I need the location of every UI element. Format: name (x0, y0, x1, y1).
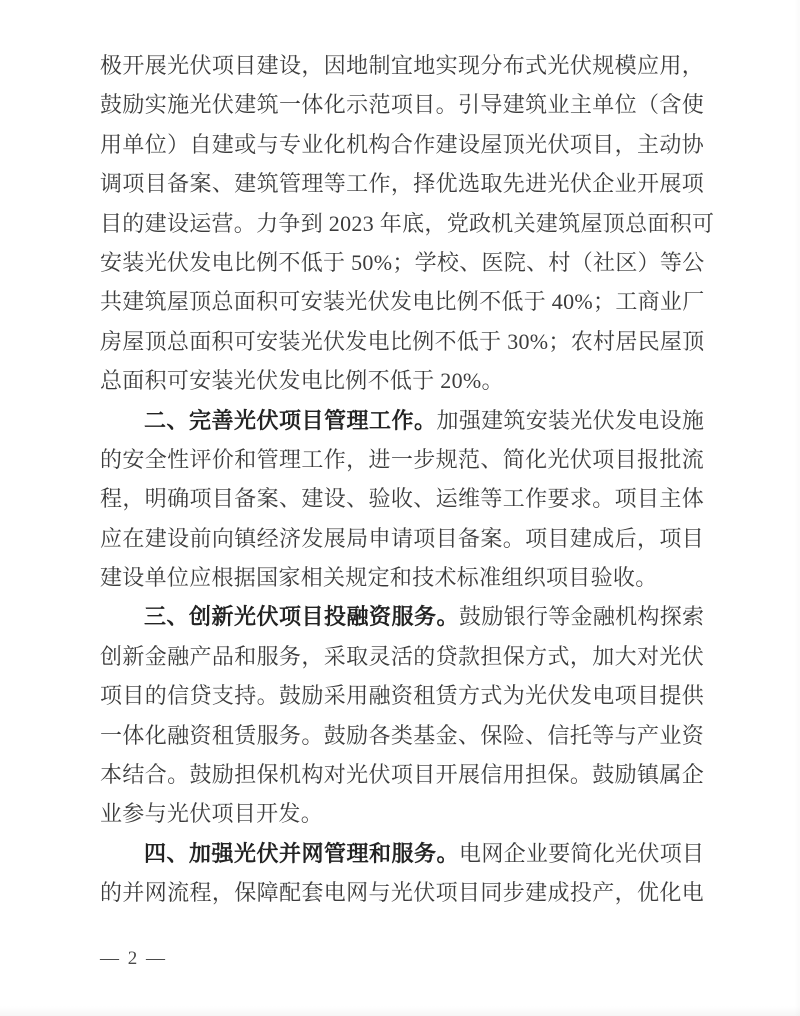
text-line: 鼓励实施光伏建筑一体化示范项目。引导建筑业主单位（含使 (100, 85, 704, 124)
body-text: 业参与光伏项目开发。 (100, 801, 323, 826)
text-line: 建设单位应根据国家相关规定和技术标准组织项目验收。 (100, 558, 704, 597)
text-line: 目的建设运营。力争到 2023 年底，党政机关建筑屋顶总面积可 (100, 204, 704, 243)
body-text: 极开展光伏项目建设，因地制宜地实现分布式光伏规模应用， (100, 53, 704, 78)
document-body: 极开展光伏项目建设，因地制宜地实现分布式光伏规模应用，鼓励实施光伏建筑一体化示范… (100, 46, 704, 913)
text-line: 调项目备案、建筑管理等工作，择优选取先进光伏企业开展项 (100, 164, 704, 203)
body-text: 创新金融产品和服务，采取灵活的贷款担保方式，加大对光伏 (100, 644, 704, 669)
body-text: 房屋顶总面积可安装光伏发电比例不低于 30%；农村居民屋顶 (100, 329, 705, 354)
section-heading: 四、加强光伏并网管理和服务。 (144, 841, 459, 866)
body-text: 鼓励银行等金融机构探索 (459, 604, 704, 629)
body-text: 本结合。鼓励担保机构对光伏项目开展信用担保。鼓励镇属企 (100, 762, 704, 787)
paragraph-section-four: 四、加强光伏并网管理和服务。电网企业要简化光伏项目的并网流程，保障配套电网与光伏… (100, 834, 704, 913)
body-text: 电网企业要简化光伏项目 (459, 841, 704, 866)
body-text: 调项目备案、建筑管理等工作，择优选取先进光伏企业开展项 (100, 171, 704, 196)
paragraph-section-three: 三、创新光伏项目投融资服务。鼓励银行等金融机构探索创新金融产品和服务，采取灵活的… (100, 597, 704, 833)
scan-edge-artifact-bottom (0, 1006, 800, 1016)
text-line: 程，明确项目备案、建设、验收、运维等工作要求。项目主体 (100, 479, 704, 518)
body-text: 的并网流程，保障配套电网与光伏项目同步建成投产，优化电 (100, 880, 704, 905)
body-text: 用单位）自建或与专业化机构合作建设屋顶光伏项目，主动协 (100, 132, 704, 157)
body-text: 目的建设运营。力争到 2023 年底，党政机关建筑屋顶总面积可 (100, 211, 714, 236)
body-text: 应在建设前向镇经济发展局申请项目备案。项目建成后，项目 (100, 526, 704, 551)
body-text: 鼓励实施光伏建筑一体化示范项目。引导建筑业主单位（含使 (100, 92, 704, 117)
text-line: 业参与光伏项目开发。 (100, 794, 704, 833)
paragraph-section-two: 二、完善光伏项目管理工作。加强建筑安装光伏发电设施的安全性评价和管理工作，进一步… (100, 401, 704, 598)
body-text: 安装光伏发电比例不低于 50%；学校、医院、村（社区）等公 (100, 250, 705, 275)
body-text: 建设单位应根据国家相关规定和技术标准组织项目验收。 (100, 565, 658, 590)
text-line: 创新金融产品和服务，采取灵活的贷款担保方式，加大对光伏 (100, 637, 704, 676)
text-line: 房屋顶总面积可安装光伏发电比例不低于 30%；农村居民屋顶 (100, 322, 704, 361)
text-line: 二、完善光伏项目管理工作。加强建筑安装光伏发电设施 (100, 401, 704, 440)
section-heading: 三、创新光伏项目投融资服务。 (144, 604, 459, 629)
text-line: 本结合。鼓励担保机构对光伏项目开展信用担保。鼓励镇属企 (100, 755, 704, 794)
text-line: 四、加强光伏并网管理和服务。电网企业要简化光伏项目 (100, 834, 704, 873)
body-text: 总面积可安装光伏发电比例不低于 20%。 (100, 368, 504, 393)
section-heading: 二、完善光伏项目管理工作。 (144, 408, 437, 433)
paragraph-continuation-section-one: 极开展光伏项目建设，因地制宜地实现分布式光伏规模应用，鼓励实施光伏建筑一体化示范… (100, 46, 704, 401)
body-text: 一体化融资租赁服务。鼓励各类基金、保险、信托等与产业资 (100, 723, 704, 748)
text-line: 的并网流程，保障配套电网与光伏项目同步建成投产，优化电 (100, 873, 704, 912)
scan-edge-artifact-right (794, 0, 800, 1016)
text-line: 一体化融资租赁服务。鼓励各类基金、保险、信托等与产业资 (100, 716, 704, 755)
body-text: 的安全性评价和管理工作，进一步规范、简化光伏项目报批流 (100, 447, 704, 472)
page-number: — 2 — (100, 948, 167, 970)
text-line: 总面积可安装光伏发电比例不低于 20%。 (100, 361, 704, 400)
scanned-document-page: { "page": { "number_label": "— 2 —" }, "… (0, 0, 800, 1016)
text-line: 三、创新光伏项目投融资服务。鼓励银行等金融机构探索 (100, 597, 704, 636)
text-line: 共建筑屋顶总面积可安装光伏发电比例不低于 40%；工商业厂 (100, 282, 704, 321)
body-text: 程，明确项目备案、建设、验收、运维等工作要求。项目主体 (100, 486, 704, 511)
text-line: 用单位）自建或与专业化机构合作建设屋顶光伏项目，主动协 (100, 125, 704, 164)
text-line: 应在建设前向镇经济发展局申请项目备案。项目建成后，项目 (100, 519, 704, 558)
text-line: 项目的信贷支持。鼓励采用融资租赁方式为光伏发电项目提供 (100, 676, 704, 715)
text-line: 的安全性评价和管理工作，进一步规范、简化光伏项目报批流 (100, 440, 704, 479)
text-line: 极开展光伏项目建设，因地制宜地实现分布式光伏规模应用， (100, 46, 704, 85)
body-text: 项目的信贷支持。鼓励采用融资租赁方式为光伏发电项目提供 (100, 683, 704, 708)
text-line: 安装光伏发电比例不低于 50%；学校、医院、村（社区）等公 (100, 243, 704, 282)
body-text: 共建筑屋顶总面积可安装光伏发电比例不低于 40%；工商业厂 (100, 289, 705, 314)
body-text: 加强建筑安装光伏发电设施 (437, 408, 705, 433)
